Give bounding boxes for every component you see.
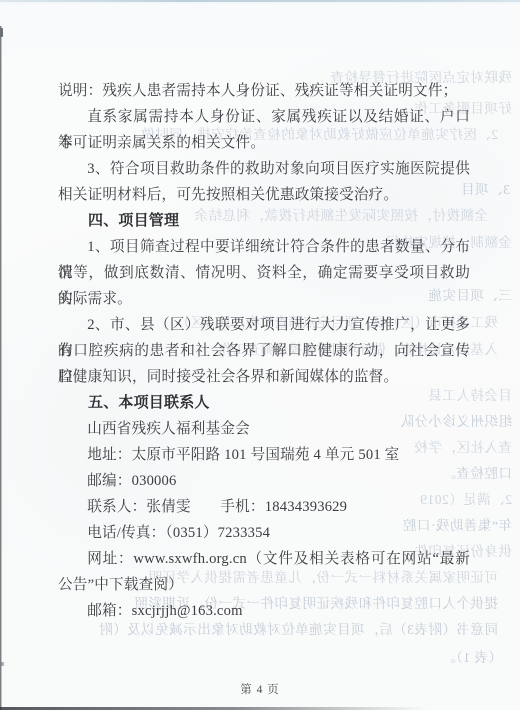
doc-line: 腔健康知识，同时接受社会各界和新闻媒体的监督。 bbox=[58, 364, 470, 390]
doc-line-address: 地址：太原市平阳路 101 号国瑞苑 4 单元 501 室 bbox=[58, 442, 470, 468]
doc-line-website: 网址：www.sxwfh.org.cn（文件及相关表格可在网站“最新 bbox=[58, 546, 470, 572]
scanned-document-page: 残联对定点医院进行督导检查 好项目服务工作 2、医疗实施单位应做好救助对象的检查… bbox=[0, 0, 520, 710]
section-heading: 四、项目管理 bbox=[58, 208, 470, 234]
document-body: 说明：残疾人患者需持本人身份证、残疾证等相关证明文件； 直系家属需持本人身份证、… bbox=[58, 78, 470, 624]
bleedthrough-text: （表 1）。 bbox=[392, 650, 502, 666]
doc-line: 山西省残疾人福利基金会 bbox=[58, 416, 470, 442]
doc-line-phone: 电话/传真：（0351）7233354 bbox=[58, 520, 470, 546]
doc-line: 说明：残疾人患者需持本人身份证、残疾证等相关证明文件； bbox=[58, 78, 470, 104]
bleedthrough-text: 同意书（附表3）后，项目实施单位对救助对象出示减免以及（附 bbox=[58, 622, 498, 638]
scan-edge-left bbox=[0, 26, 2, 710]
doc-line: 1、项目筛查过程中要详细统计符合条件的患者数量、分布情 bbox=[58, 234, 470, 260]
scan-speck bbox=[0, 28, 3, 37]
doc-line: 3、符合项目救助条件的救助对象向项目医疗实施医院提供 bbox=[58, 156, 470, 182]
doc-line: 相关证明材料后，可先按照相关优惠政策接受治疗。 bbox=[58, 182, 470, 208]
scan-speck bbox=[1, 662, 4, 666]
doc-line-postcode: 邮编：030006 bbox=[58, 468, 470, 494]
doc-line-email: 邮箱：sxcjrjjh@163.com bbox=[58, 598, 470, 624]
doc-line: 实际需求。 bbox=[58, 286, 470, 312]
doc-line: 有口腔疾病的患者和社会各界了解口腔健康行动，向社会宣传口 bbox=[58, 338, 470, 364]
doc-line: 2、市、县（区）残联要对项目进行大力宣传推广，让更多的 bbox=[58, 312, 470, 338]
doc-line: 等可证明亲属关系的相关文件。 bbox=[58, 130, 470, 156]
page-number: 第 4 页 bbox=[0, 681, 520, 697]
section-heading: 五、本项目联系人 bbox=[58, 390, 470, 416]
scan-edge-top bbox=[0, 0, 520, 2]
doc-line: 况等，做到底数清、情况明、资料全，确定需要享受项目救助的 bbox=[58, 260, 470, 286]
doc-line: 公告”中下载查阅） bbox=[58, 572, 470, 598]
doc-line-contact: 联系人：张倩雯 手机：18434393629 bbox=[58, 494, 470, 520]
doc-line: 直系家属需持本人身份证、家属残疾证以及结婚证、户口本 bbox=[58, 104, 470, 130]
